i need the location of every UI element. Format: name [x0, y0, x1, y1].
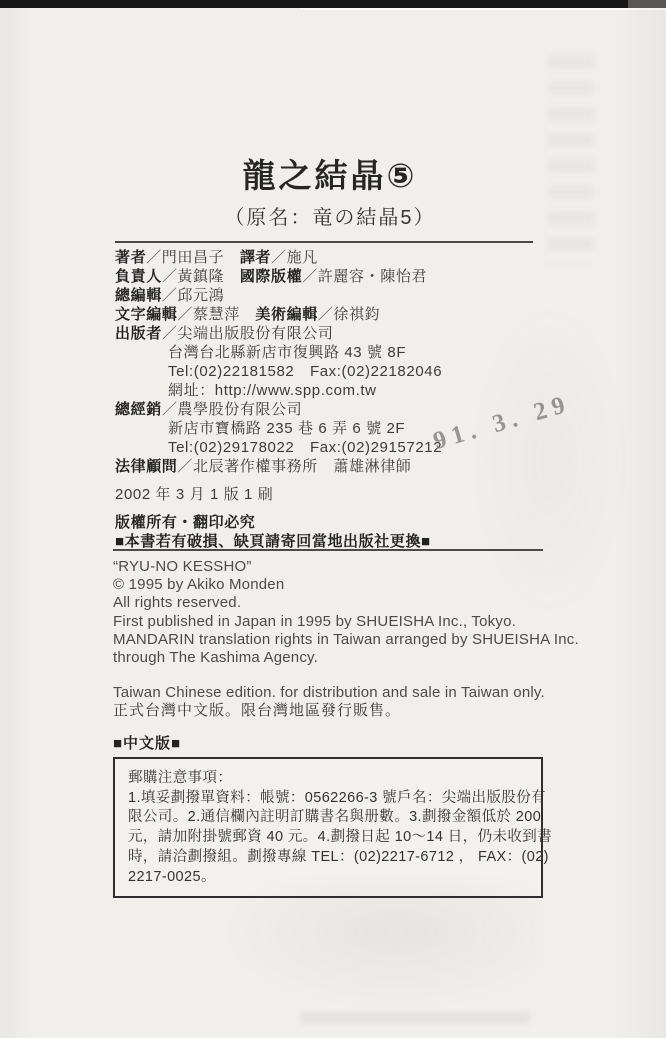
book-original-title: （原名：竜の結晶5）	[115, 201, 545, 230]
credit-line: Tel:(02)22181582 Fax:(02)22182046	[115, 362, 547, 381]
credit-text: 網址：http://www.spp.com.tw	[168, 382, 377, 399]
credit-text: ／北辰著作權事務所 蕭雄淋律師	[177, 458, 411, 475]
legal-line: through The Kashima Agency.	[113, 649, 558, 667]
credit-label: 負責人	[115, 268, 162, 285]
credit-label: 國際版權	[240, 268, 302, 285]
credits-lines: 著者／門田昌子 譯者／施凡負責人／黃鎮隆 國際版權／許麗容・陳怡君總編輯／邱元鴻…	[115, 248, 547, 551]
scan-black-edge	[0, 0, 666, 8]
mailorder-line: 時，請洽劃撥組。劃撥專線 TEL：(02)2217-6712 ， FAX：(02…	[128, 848, 528, 868]
legal-lines: “RYU-NO KESSHO”© 1995 by Akiko MondenAll…	[113, 558, 558, 753]
mailorder-heading: 郵購注意事項：	[128, 769, 528, 789]
mailorder-line: 限公司。2.通信欄內註明訂購書名與册數。3.劃撥金額低於 200	[128, 808, 528, 828]
credit-text: 台灣台北縣新店市復興路 43 號 8F	[168, 344, 406, 361]
credit-line: 總編輯／邱元鴻	[115, 286, 547, 305]
scanned-colophon-page: { "colors":{"page_bg":"#f1efec","ink":"#…	[0, 0, 666, 1038]
credit-label: 譯者	[240, 249, 271, 266]
credits-section: 著者／門田昌子 譯者／施凡負責人／黃鎮隆 國際版權／許麗容・陳怡君總編輯／邱元鴻…	[115, 241, 547, 551]
mailorder-line: 2217-0025。	[128, 868, 528, 888]
credit-line: 版權所有・翻印必究	[115, 513, 547, 532]
credit-text: ／尖端出版股份有限公司	[162, 325, 334, 342]
legal-line: “RYU-NO KESSHO”	[113, 558, 558, 576]
credit-text: Tel:(02)22181582 Fax:(02)22182046	[168, 363, 442, 380]
credit-text: 新店市寶橋路 235 巷 6 弄 6 號 2F	[168, 420, 405, 437]
mailorder-line: 元，請加附掛號郵資 40 元。4.劃撥日起 10～14 日，仍未收到書	[128, 828, 528, 848]
credit-label: 法律顧問	[115, 458, 177, 475]
title-section: 龍之結晶⑤ （原名：竜の結晶5）	[115, 158, 545, 230]
credit-line: 法律顧問／北辰著作權事務所 蕭雄淋律師	[115, 457, 547, 476]
mailorder-box: 郵購注意事項： 1.填妥劃撥單資料：帳號：0562266-3 號戶名：尖端出版股…	[113, 757, 543, 898]
legal-line: ■中文版■	[113, 735, 558, 753]
credit-label: 文字編輯	[115, 306, 177, 323]
credit-line: 2002 年 3 月 1 版 1 刷	[115, 485, 547, 504]
credit-text: ／施凡	[271, 249, 318, 266]
credit-label: 總編輯	[115, 287, 162, 304]
divider-rule-bottom	[113, 549, 543, 551]
credit-label: 總經銷	[115, 401, 162, 418]
credit-line: 台灣台北縣新店市復興路 43 號 8F	[115, 343, 547, 362]
legal-line: © 1995 by Akiko Monden	[113, 576, 558, 594]
bleed-through-artwork	[220, 880, 540, 1010]
credit-text: ／門田昌子	[146, 249, 240, 266]
bleed-through-strip	[548, 55, 594, 265]
credit-line: 負責人／黃鎮隆 國際版權／許麗容・陳怡君	[115, 267, 547, 286]
credit-label: 美術編輯	[255, 306, 317, 323]
credit-line: 著者／門田昌子 譯者／施凡	[115, 248, 547, 267]
credit-line: 文字編輯／蔡慧萍 美術編輯／徐祺鈞	[115, 305, 547, 324]
credit-line: 網址：http://www.spp.com.tw	[115, 381, 547, 400]
credit-text: ／農學股份有限公司	[162, 401, 302, 418]
legal-line: 正式台灣中文版。限台灣地區發行販售。	[113, 702, 558, 720]
legal-line: Taiwan Chinese edition. for distribution…	[113, 684, 558, 702]
credit-line: 出版者／尖端出版股份有限公司	[115, 324, 547, 343]
legal-line: First published in Japan in 1995 by SHUE…	[113, 613, 558, 631]
credit-text: ／許麗容・陳怡君	[302, 268, 427, 285]
credit-text: ／徐祺鈞	[318, 306, 380, 323]
credit-label: 出版者	[115, 325, 162, 342]
divider-rule-top	[115, 241, 533, 243]
credit-text: 2002 年 3 月 1 版 1 刷	[115, 486, 273, 503]
credit-text: ／邱元鴻	[162, 287, 224, 304]
mailorder-lines: 1.填妥劃撥單資料：帳號：0562266-3 號戶名：尖端出版股份有限公司。2.…	[128, 789, 528, 888]
legal-section: “RYU-NO KESSHO”© 1995 by Akiko MondenAll…	[113, 549, 558, 753]
credit-text: ／黃鎮隆	[162, 268, 240, 285]
book-title: 龍之結晶⑤	[115, 158, 545, 194]
mailorder-line: 1.填妥劃撥單資料：帳號：0562266-3 號戶名：尖端出版股份有	[128, 789, 528, 809]
credit-label: ■本書若有破損、缺頁請寄回當地出版社更換■	[115, 533, 431, 550]
credit-text: Tel:(02)29178022 Fax:(02)29157212	[168, 439, 442, 456]
legal-line: All rights reserved.	[113, 594, 558, 612]
scan-edge-hairline	[300, 8, 666, 10]
credit-text: ／蔡慧萍	[177, 306, 255, 323]
credit-label: 版權所有・翻印必究	[115, 514, 255, 531]
credit-label: 著者	[115, 249, 146, 266]
legal-line: MANDARIN translation rights in Taiwan ar…	[113, 631, 558, 649]
bleed-through-caption	[300, 1012, 530, 1024]
